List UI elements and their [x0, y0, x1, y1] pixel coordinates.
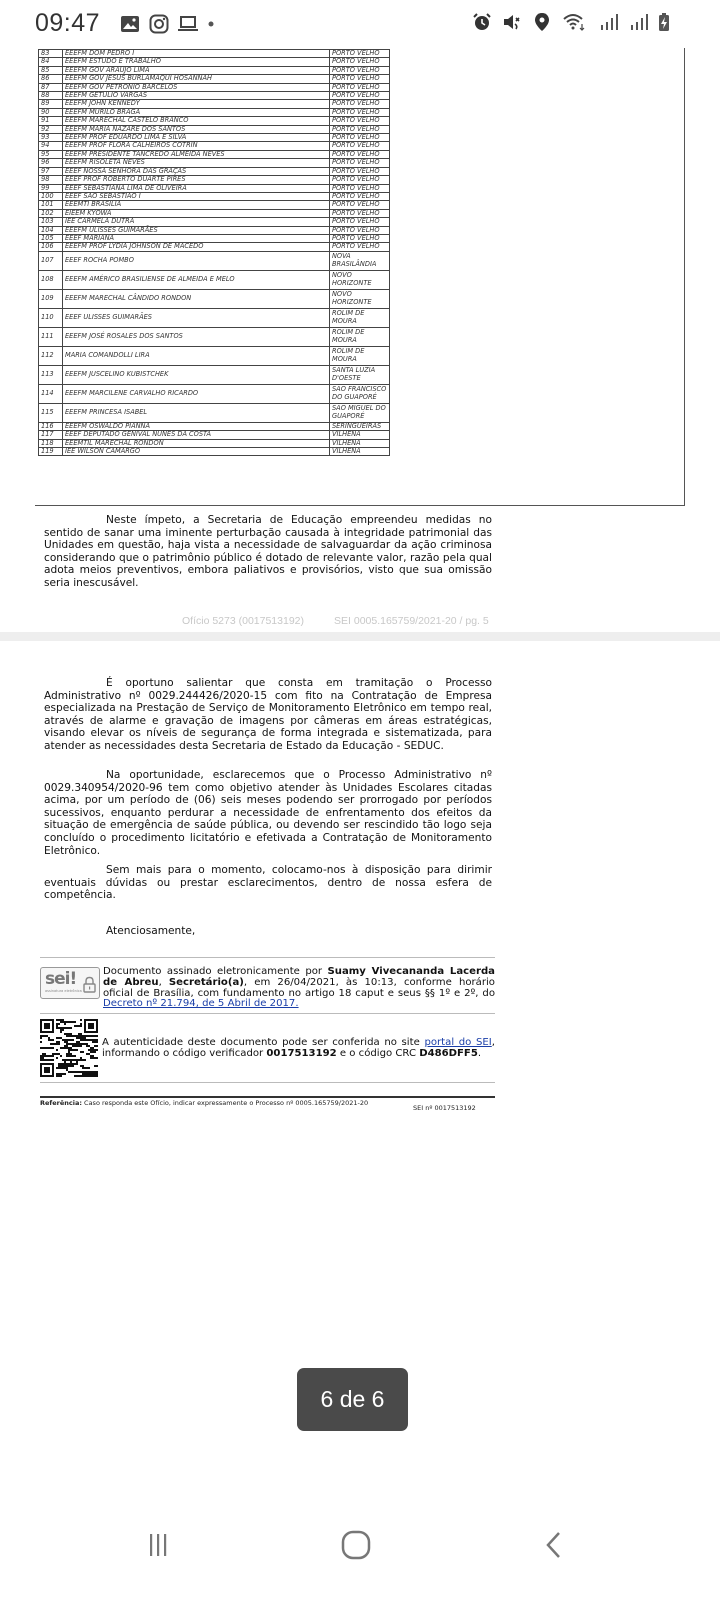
school-city: NOVA BRASILÂNDIA [330, 251, 390, 270]
table-row: 119IEE WILSON CAMARGOVILHENA [39, 447, 390, 455]
school-name: MARIA COMANDOLLI LIRA [63, 346, 330, 365]
instagram-icon [149, 14, 169, 34]
school-number: 103 [39, 218, 63, 226]
schools-table: 83EEEFM DOM PEDRO IPORTO VELHO84EEEFM ES… [38, 49, 390, 456]
school-name: EEEFM RISOLETA NEVES [63, 159, 330, 167]
paragraph-neste-impeto: Neste ímpeto, a Secretaria de Educação e… [44, 514, 492, 590]
divider [40, 1082, 495, 1083]
home-button[interactable] [326, 1520, 386, 1570]
paragraph-oportuno: É oportuno salientar que consta em trami… [44, 677, 492, 753]
signal-icon [628, 12, 648, 32]
school-name: EEEF ROCHA POMBO [63, 251, 330, 270]
school-name: EEEF ULISSES GUIMARÃES [63, 308, 330, 327]
school-city: ROLIM DE MOURA [330, 308, 390, 327]
navigation-bar [0, 1502, 720, 1600]
school-city: PORTO VELHO [330, 243, 390, 251]
school-name: EEEFM MARCILENE CARVALHO RICARDO [63, 384, 330, 403]
school-city: PORTO VELHO [330, 201, 390, 209]
table-row: 111EEEFM JOSÉ ROSALES DOS SANTOSROLIM DE… [39, 327, 390, 346]
wifi-icon [562, 12, 588, 32]
school-number: 119 [39, 447, 63, 455]
reference-text: Referência: Caso responda este Ofício, i… [40, 1100, 370, 1108]
table-row: 110EEEF ULISSES GUIMARÃESROLIM DE MOURA [39, 308, 390, 327]
table-row: 106EEEFM PROF LYDIA JOHNSON DE MACEDOPOR… [39, 243, 390, 251]
school-number: 109 [39, 289, 63, 308]
portal-sei-link[interactable]: portal do SEI [424, 1037, 491, 1048]
crc-code: D486DFF5 [419, 1048, 478, 1059]
paragraph-sem-mais: Sem mais para o momento, colocamo-nos à … [44, 864, 492, 902]
school-number: 114 [39, 384, 63, 403]
table-row: 107EEEF ROCHA POMBONOVA BRASILÂNDIA [39, 251, 390, 270]
reference-sei-number: SEI nº 0017513192 [413, 1104, 476, 1112]
school-city: ROLIM DE MOURA [330, 327, 390, 346]
table-row: 86EEEFM GOV JESUS BURLAMAQUI HOSANNAHPOR… [39, 75, 390, 83]
school-number: 98 [39, 176, 63, 184]
lock-icon [83, 976, 96, 993]
school-name: EEEMTI BRASILIA [63, 201, 330, 209]
school-city: PORTO VELHO [330, 117, 390, 125]
school-name: IEE WILSON CAMARGO [63, 447, 330, 455]
page-indicator: 6 de 6 [297, 1368, 408, 1431]
clock: 09:47 [35, 9, 100, 38]
sei-logo-text: sei! [45, 969, 76, 989]
school-name: EEEF PROF ROBERTO DUARTE PIRES [63, 176, 330, 184]
school-city: VILHENA [330, 447, 390, 455]
divider [40, 1013, 495, 1014]
school-city: SÃO FRANCISCO DO GUAPORÉ [330, 384, 390, 403]
school-number: 101 [39, 201, 63, 209]
school-number: 117 [39, 431, 63, 439]
back-button[interactable] [524, 1520, 584, 1570]
recent-apps-button[interactable] [128, 1520, 188, 1570]
page-footer: Ofício 5273 (0017513192) SEI 0005.165759… [182, 615, 489, 627]
gallery-icon [120, 14, 140, 34]
school-number: 110 [39, 308, 63, 327]
table-row: 113EEEFM JUSCELINO KUBISTCHEKSANTA LUZIA… [39, 365, 390, 384]
school-city: PORTO VELHO [330, 159, 390, 167]
school-name: EEEFM PROF LYDIA JOHNSON DE MACEDO [63, 243, 330, 251]
qr-code [40, 1019, 98, 1077]
school-city: SÃO MIGUEL DO GUAPORÉ [330, 403, 390, 422]
closing: Atenciosamente, [106, 925, 195, 938]
school-number: 91 [39, 117, 63, 125]
mute-icon [502, 12, 522, 32]
footer-sei-page: SEI 0005.165759/2021-20 / pg. 5 [334, 615, 489, 627]
school-city: PORTO VELHO [330, 176, 390, 184]
school-number: 108 [39, 270, 63, 289]
table-row: 109EEEFM MARECHAL CÂNDIDO RONDONNOVO HOR… [39, 289, 390, 308]
back-icon [539, 1530, 569, 1560]
document-page-5: 83EEEFM DOM PEDRO IPORTO VELHO84EEEFM ES… [0, 46, 720, 636]
school-number: 107 [39, 251, 63, 270]
school-number: 106 [39, 243, 63, 251]
table-row: 103IEE CARMELA DUTRAPORTO VELHO [39, 218, 390, 226]
table-row: 101EEEMTI BRASILIAPORTO VELHO [39, 201, 390, 209]
school-city: SANTA LUZIA D'OESTE [330, 365, 390, 384]
school-number: 112 [39, 346, 63, 365]
laptop-icon [178, 14, 198, 34]
location-icon [532, 12, 552, 32]
table-row: 96EEEFM RISOLETA NEVESPORTO VELHO [39, 159, 390, 167]
signature-text: Documento assinado eletronicamente por S… [103, 967, 495, 1010]
recent-apps-icon [143, 1530, 173, 1560]
signer-role: Secretário(a) [169, 977, 244, 988]
school-name: EEEFM AMÉRICO BRASILIENSE DE ALMEIDA E M… [63, 270, 330, 289]
dot-icon [207, 20, 215, 28]
battery-charging-icon [658, 12, 670, 32]
divider [40, 957, 495, 958]
home-icon [339, 1528, 373, 1562]
table-row: 108EEEFM AMÉRICO BRASILIENSE DE ALMEIDA … [39, 270, 390, 289]
school-name: EEEFM MARECHAL CÂNDIDO RONDON [63, 289, 330, 308]
school-name: EEEFM MARECHAL CASTELO BRANCO [63, 117, 330, 125]
paragraph-oportunidade: Na oportunidade, esclarecemos que o Proc… [44, 769, 492, 857]
school-city: NOVO HORIZONTE [330, 289, 390, 308]
footer-oficio: Ofício 5273 (0017513192) [182, 615, 304, 627]
table-row: 115EEEFM PRINCESA ISABELSÃO MIGUEL DO GU… [39, 403, 390, 422]
school-city: NOVO HORIZONTE [330, 270, 390, 289]
school-name: EEEFM JUSCELINO KUBISTCHEK [63, 365, 330, 384]
school-city: VILHENA [330, 431, 390, 439]
table-row: 98EEEF PROF ROBERTO DUARTE PIRESPORTO VE… [39, 176, 390, 184]
decree-link[interactable]: Decreto nº 21.794, de 5 Abril de 2017. [103, 998, 299, 1009]
school-number: 86 [39, 75, 63, 83]
school-number: 115 [39, 403, 63, 422]
divider [40, 1096, 495, 1098]
table-row: 114EEEFM MARCILENE CARVALHO RICARDOSÃO F… [39, 384, 390, 403]
authenticity-text: A autenticidade deste documento pode ser… [102, 1037, 495, 1059]
status-bar: 09:47 [0, 0, 720, 46]
school-name: EEEF DEPUTADO GENIVAL NUNES DA COSTA [63, 431, 330, 439]
table-row: 117EEEF DEPUTADO GENIVAL NUNES DA COSTAV… [39, 431, 390, 439]
table-row: 112MARIA COMANDOLLI LIRAROLIM DE MOURA [39, 346, 390, 365]
sei-logo: sei! assinatura eletrônica [40, 967, 100, 999]
signal-icon [598, 12, 618, 32]
school-name: EEEFM JOSÉ ROSALES DOS SANTOS [63, 327, 330, 346]
table-row: 91EEEFM MARECHAL CASTELO BRANCOPORTO VEL… [39, 117, 390, 125]
school-number: 111 [39, 327, 63, 346]
school-city: PORTO VELHO [330, 218, 390, 226]
alarm-icon [472, 12, 492, 32]
page-separator [0, 632, 720, 641]
school-city: PORTO VELHO [330, 75, 390, 83]
sei-logo-subtitle: assinatura eletrônica [45, 989, 82, 993]
school-number: 96 [39, 159, 63, 167]
school-name: EEEFM GOV JESUS BURLAMAQUI HOSANNAH [63, 75, 330, 83]
school-name: IEE CARMELA DUTRA [63, 218, 330, 226]
school-city: ROLIM DE MOURA [330, 346, 390, 365]
school-name: EEEFM PRINCESA ISABEL [63, 403, 330, 422]
school-number: 113 [39, 365, 63, 384]
verifier-code: 0017513192 [266, 1048, 336, 1059]
